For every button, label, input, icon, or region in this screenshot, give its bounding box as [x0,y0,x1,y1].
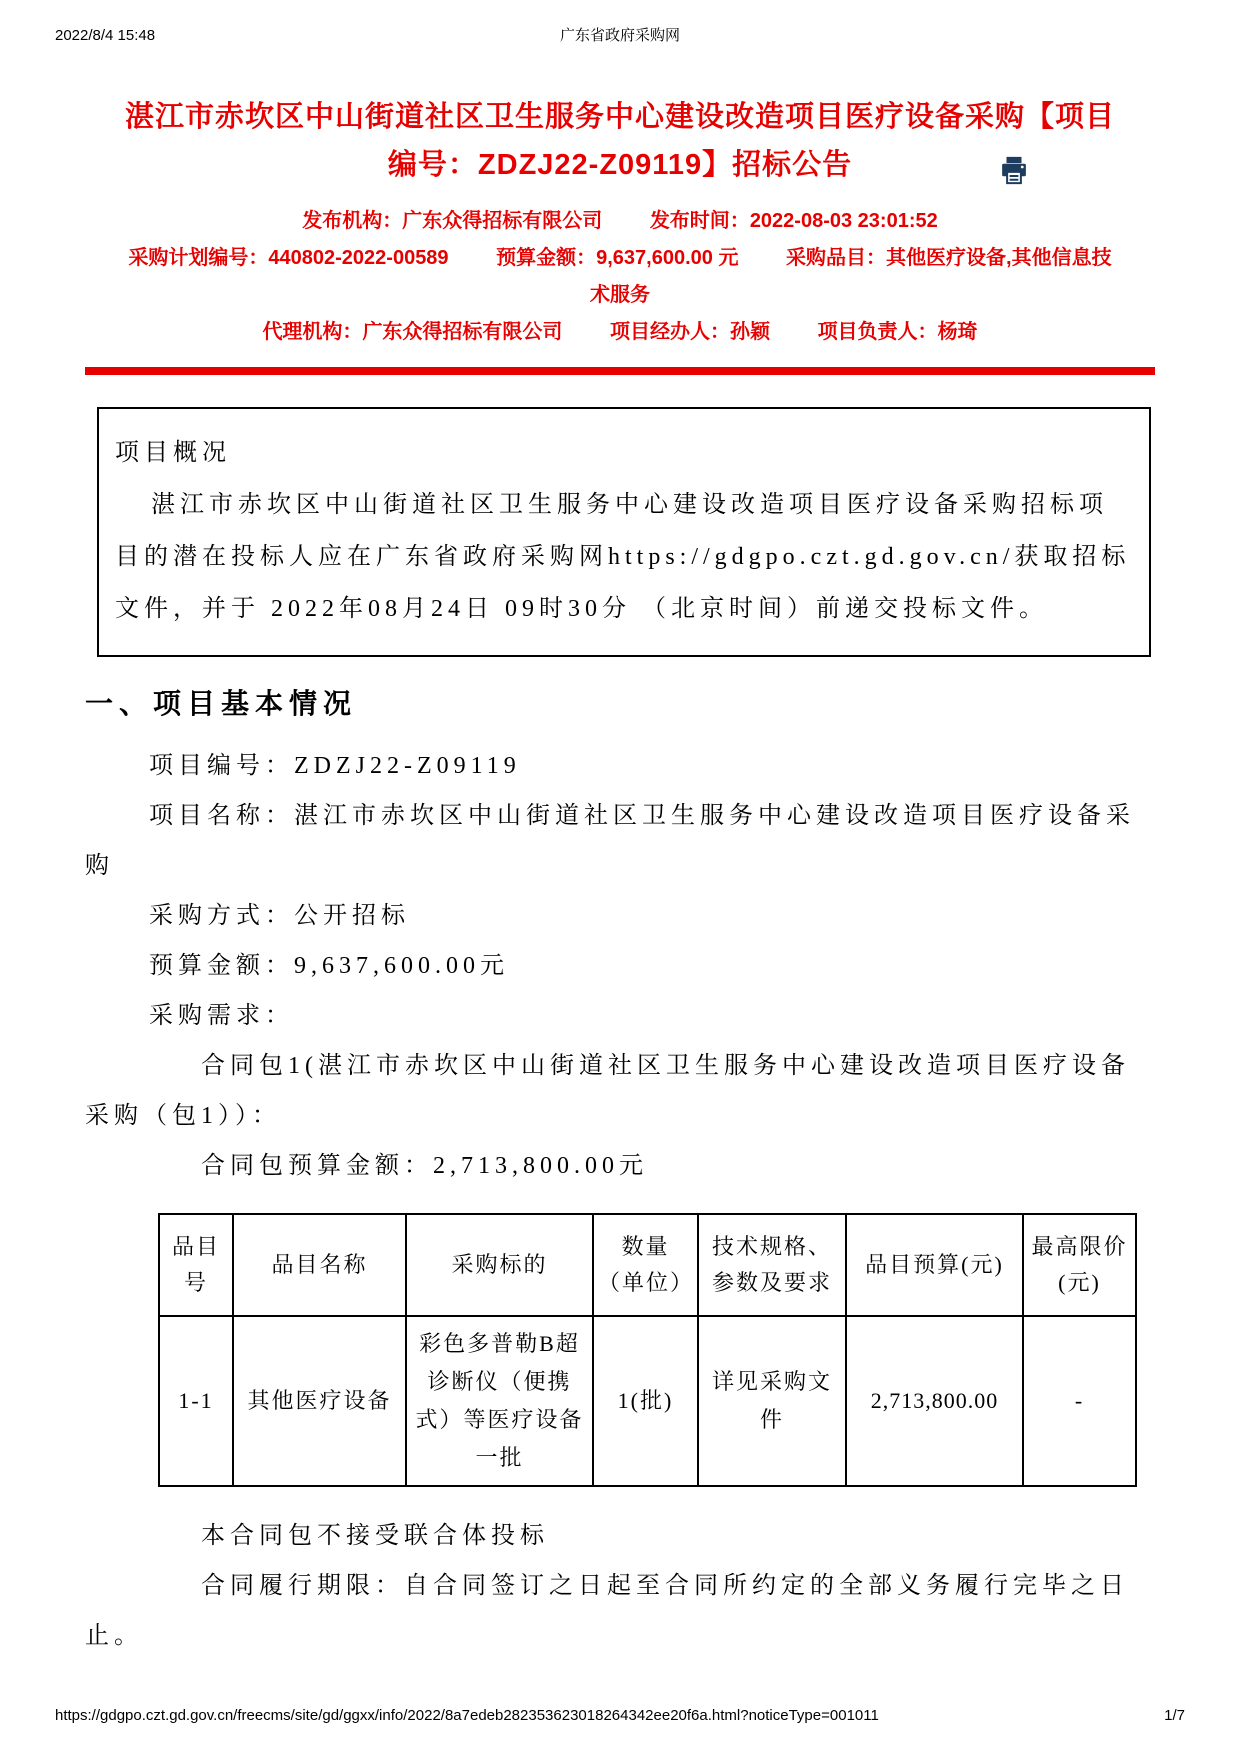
meta-plan-no: 采购计划编号：440802-2022-00589 [128,247,448,269]
printer-icon-glyph [999,155,1029,185]
meta-manager: 项目负责人：杨琦 [818,321,978,343]
meta-publish-time-label: 发布时间： [650,210,750,232]
col-header-item-name: 品目名称 [233,1214,406,1316]
site-name: 广东省政府采购网 [560,26,680,46]
col-header-item-budget: 品目预算(元) [846,1214,1023,1316]
meta-agency: 代理机构：广东众得招标有限公司 [262,321,562,343]
package-budget-line: 合同包预算金额：2,713,800.00元 [85,1141,1155,1191]
col-header-price-cap: 最高限价(元) [1023,1214,1136,1316]
items-table-header-row: 品目号 品目名称 采购标的 数量（单位） 技术规格、参数及要求 品目预算(元) … [159,1214,1136,1316]
meta-manager-value: 杨琦 [938,321,978,343]
meta-manager-label: 项目负责人： [818,321,938,343]
contract-period-note: 合同履行期限：自合同签订之日起至合同所约定的全部义务履行完毕之日止。 [85,1561,1155,1661]
meta-handler-label: 项目经办人： [610,321,730,343]
meta-handler: 项目经办人：孙颖 [610,321,770,343]
browser-print-header: 2022/8/4 15:48 广东省政府采购网 [55,26,1185,46]
meta-budget: 预算金额：9,637,600.00 元 [496,247,738,269]
col-header-quantity: 数量（单位） [593,1214,698,1316]
col-header-spec: 技术规格、参数及要求 [698,1214,846,1316]
notice-title-line1: 湛江市赤坎区中山街道社区卫生服务中心建设改造项目医疗设备采购【项目 [85,93,1155,141]
meta-publish-time: 发布时间：2022-08-03 23:01:52 [650,210,938,232]
procurement-method-line: 采购方式：公开招标 [85,891,1155,941]
section1-heading: 一、项目基本情况 [85,683,1155,727]
items-table: 品目号 品目名称 采购标的 数量（单位） 技术规格、参数及要求 品目预算(元) … [158,1213,1137,1487]
printer-icon[interactable] [999,155,1029,185]
cell-spec: 详见采购文件 [698,1316,846,1486]
meta-agency-value: 广东众得招标有限公司 [362,321,562,343]
meta-publish-time-value: 2022-08-03 23:01:52 [750,210,938,232]
meta-plan-no-label: 采购计划编号： [128,247,268,269]
meta-budget-label: 预算金额： [496,247,596,269]
meta-row-3: 代理机构：广东众得招标有限公司 项目经办人：孙颖 项目负责人：杨琦 [125,314,1115,351]
print-preview-page: { "browser_header": { "datetime": "2022/… [0,0,1240,1754]
table-row: 1-1 其他医疗设备 彩色多普勒B超诊断仪（便携式）等医疗设备一批 1(批) 详… [159,1316,1136,1486]
source-url: https://gdgpo.czt.gd.gov.cn/freecms/site… [55,1706,879,1726]
cell-quantity: 1(批) [593,1316,698,1486]
col-header-subject: 采购标的 [406,1214,593,1316]
notice-document: 湛江市赤坎区中山街道社区卫生服务中心建设改造项目医疗设备采购【项目 编号：ZDZ… [85,93,1155,1661]
meta-plan-no-value: 440802-2022-00589 [268,247,448,269]
meta-agency-label: 代理机构： [262,321,362,343]
meta-handler-value: 孙颖 [730,321,770,343]
meta-publisher-value: 广东众得招标有限公司 [402,210,602,232]
cell-subject: 彩色多普勒B超诊断仪（便携式）等医疗设备一批 [406,1316,593,1486]
contract-package-line: 合同包1(湛江市赤坎区中山街道社区卫生服务中心建设改造项目医疗设备采购（包1））… [85,1041,1155,1141]
notice-title-line2: 编号：ZDZJ22-Z09119】招标公告 [85,141,1155,189]
no-consortium-note: 本合同包不接受联合体投标 [85,1511,1155,1561]
meta-budget-value: 9,637,600.00 元 [596,247,738,269]
budget-amount-line: 预算金额：9,637,600.00元 [85,941,1155,991]
browser-print-footer: https://gdgpo.czt.gd.gov.cn/freecms/site… [55,1706,1185,1726]
overview-paragraph: 湛江市赤坎区中山街道社区卫生服务中心建设改造项目医疗设备采购招标项目的潜在投标人… [115,479,1131,635]
package-notes: 本合同包不接受联合体投标 合同履行期限：自合同签订之日起至合同所约定的全部义务履… [85,1511,1155,1661]
col-header-item-no: 品目号 [159,1214,233,1316]
cell-price-cap: - [1023,1316,1136,1486]
meta-row-1: 发布机构：广东众得招标有限公司 发布时间：2022-08-03 23:01:52 [125,203,1115,240]
cell-item-no: 1-1 [159,1316,233,1486]
page-indicator: 1/7 [1164,1706,1185,1726]
meta-publisher: 发布机构：广东众得招标有限公司 [302,210,602,232]
meta-publisher-label: 发布机构： [302,210,402,232]
overview-label: 项目概况 [115,433,1131,473]
project-overview-box: 项目概况 湛江市赤坎区中山街道社区卫生服务中心建设改造项目医疗设备采购招标项目的… [97,407,1151,657]
procurement-demand-line: 采购需求： [85,991,1155,1041]
cell-item-name: 其他医疗设备 [233,1316,406,1486]
notice-title: 湛江市赤坎区中山街道社区卫生服务中心建设改造项目医疗设备采购【项目 编号：ZDZ… [85,93,1155,189]
meta-category-label: 采购品目： [786,247,886,269]
meta-row-2: 采购计划编号：440802-2022-00589 预算金额：9,637,600.… [125,240,1115,314]
cell-item-budget: 2,713,800.00 [846,1316,1023,1486]
project-number-line: 项目编号：ZDZJ22-Z09119 [85,741,1155,791]
notice-meta: 发布机构：广东众得招标有限公司 发布时间：2022-08-03 23:01:52… [125,203,1115,351]
project-name-line: 项目名称：湛江市赤坎区中山街道社区卫生服务中心建设改造项目医疗设备采购 [85,791,1155,891]
red-divider [85,367,1155,375]
print-datetime: 2022/8/4 15:48 [55,27,155,44]
